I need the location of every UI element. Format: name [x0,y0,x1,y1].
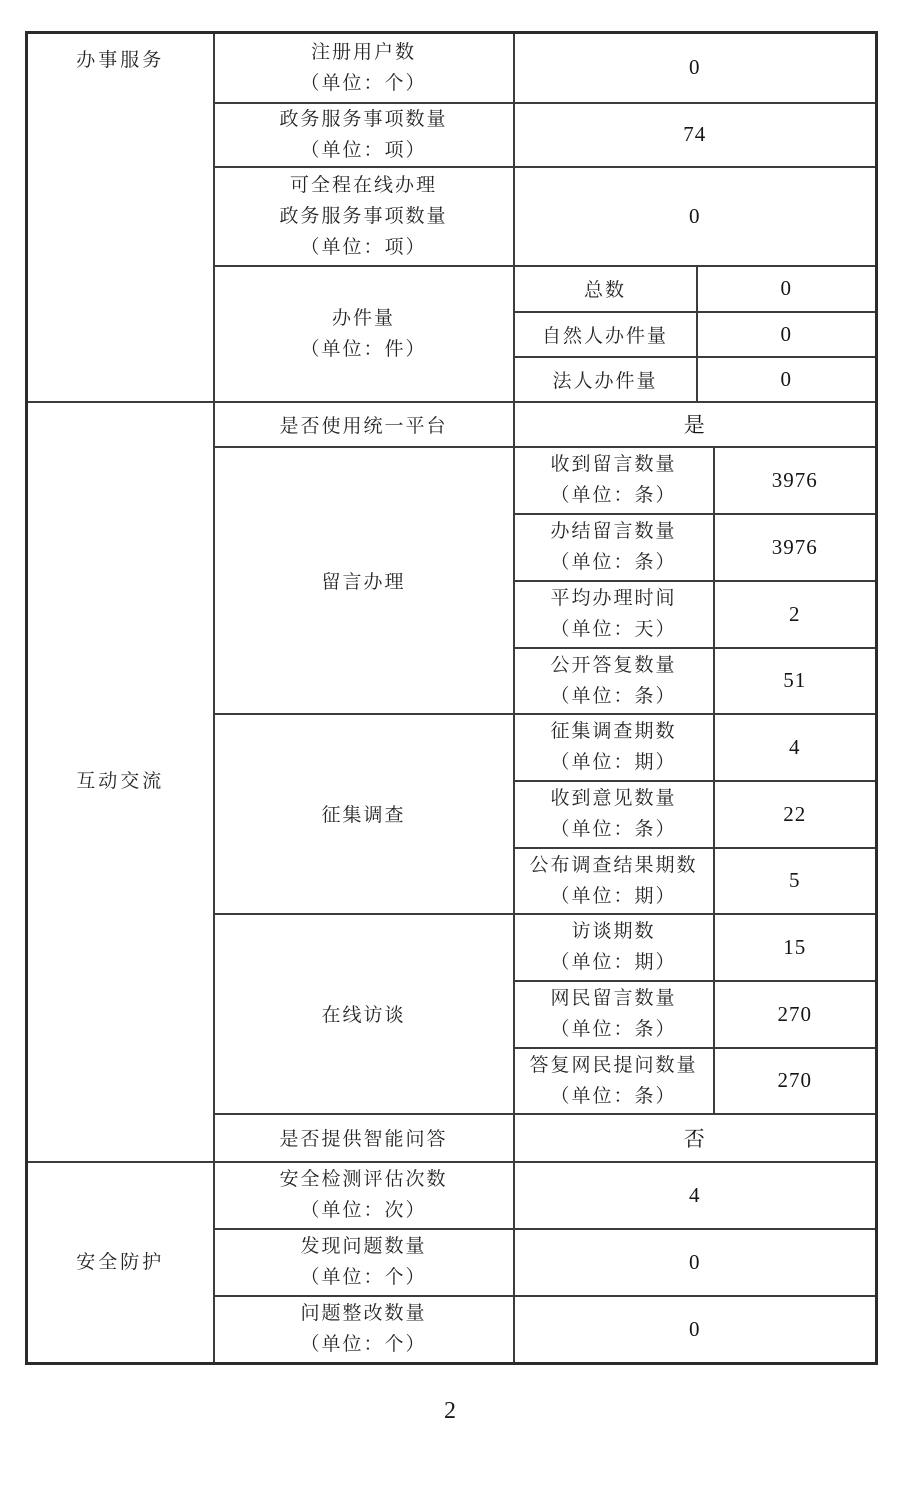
value-natural-person-cases: 0 [697,312,877,357]
row-label-smart-qa: 是否提供智能问答 [214,1114,514,1162]
value-avg-handling-time: 2 [714,581,877,648]
value-legal-person-cases: 0 [697,357,877,402]
value-opinions-received: 22 [714,781,877,848]
row-label-security-assessments: 安全检测评估次数 （单位：次） [214,1162,514,1229]
subrow-label-netizen-messages: 网民留言数量 （单位：条） [514,981,714,1048]
report-table: 办事服务 注册用户数 （单位：个） 0 政务服务事项数量 （单位：项） 74 可… [25,31,878,1365]
value-netizen-messages: 270 [714,981,877,1048]
value-interview-periods: 15 [714,914,877,981]
subrow-label-interview-periods: 访谈期数 （单位：期） [514,914,714,981]
value-survey-periods: 4 [714,714,877,781]
value-security-assessments: 4 [514,1162,877,1229]
subrow-label-legal-person-cases: 法人办件量 [514,357,697,402]
section-label-service: 办事服务 [28,45,213,76]
row-label-message-handling: 留言办理 [214,447,514,714]
subrow-label-messages-completed: 办结留言数量 （单位：条） [514,514,714,581]
row-label-online-interview: 在线访谈 [214,914,514,1114]
row-label-gov-service-items: 政务服务事项数量 （单位：项） [214,103,514,167]
section-label-security: 安全防护 [28,1247,213,1278]
row-label-problems-rectified: 问题整改数量 （单位：个） [214,1296,514,1364]
value-messages-completed: 3976 [714,514,877,581]
section-cell-interaction: 互动交流 [27,402,214,1162]
row-label-case-volume: 办件量 （单位：件） [214,266,514,402]
value-netizen-replies: 270 [714,1048,877,1114]
subrow-label-netizen-replies: 答复网民提问数量 （单位：条） [514,1048,714,1114]
page-number: 2 [0,1398,900,1425]
row-label-problems-found: 发现问题数量 （单位：个） [214,1229,514,1296]
subrow-label-opinions-received: 收到意见数量 （单位：条） [514,781,714,848]
value-gov-service-items: 74 [514,103,877,167]
section-cell-security: 安全防护 [27,1162,214,1364]
value-full-online-items: 0 [514,167,877,266]
value-survey-results-published: 5 [714,848,877,914]
subrow-label-total-cases: 总数 [514,266,697,312]
subrow-label-survey-results-published: 公布调查结果期数 （单位：期） [514,848,714,914]
value-smart-qa: 否 [514,1114,877,1162]
value-public-replies: 51 [714,648,877,714]
value-problems-found: 0 [514,1229,877,1296]
subrow-label-messages-received: 收到留言数量 （单位：条） [514,447,714,514]
section-label-interaction: 互动交流 [28,766,213,797]
value-messages-received: 3976 [714,447,877,514]
value-unified-platform: 是 [514,402,877,447]
section-cell-service: 办事服务 [27,33,214,402]
value-total-cases: 0 [697,266,877,312]
row-label-registered-users: 注册用户数 （单位：个） [214,33,514,103]
row-label-survey-collection: 征集调查 [214,714,514,914]
value-problems-rectified: 0 [514,1296,877,1364]
row-label-unified-platform: 是否使用统一平台 [214,402,514,447]
subrow-label-public-replies: 公开答复数量 （单位：条） [514,648,714,714]
value-registered-users: 0 [514,33,877,103]
row-label-full-online-items: 可全程在线办理 政务服务事项数量 （单位：项） [214,167,514,266]
subrow-label-survey-periods: 征集调查期数 （单位：期） [514,714,714,781]
subrow-label-natural-person-cases: 自然人办件量 [514,312,697,357]
subrow-label-avg-handling-time: 平均办理时间 （单位：天） [514,581,714,648]
